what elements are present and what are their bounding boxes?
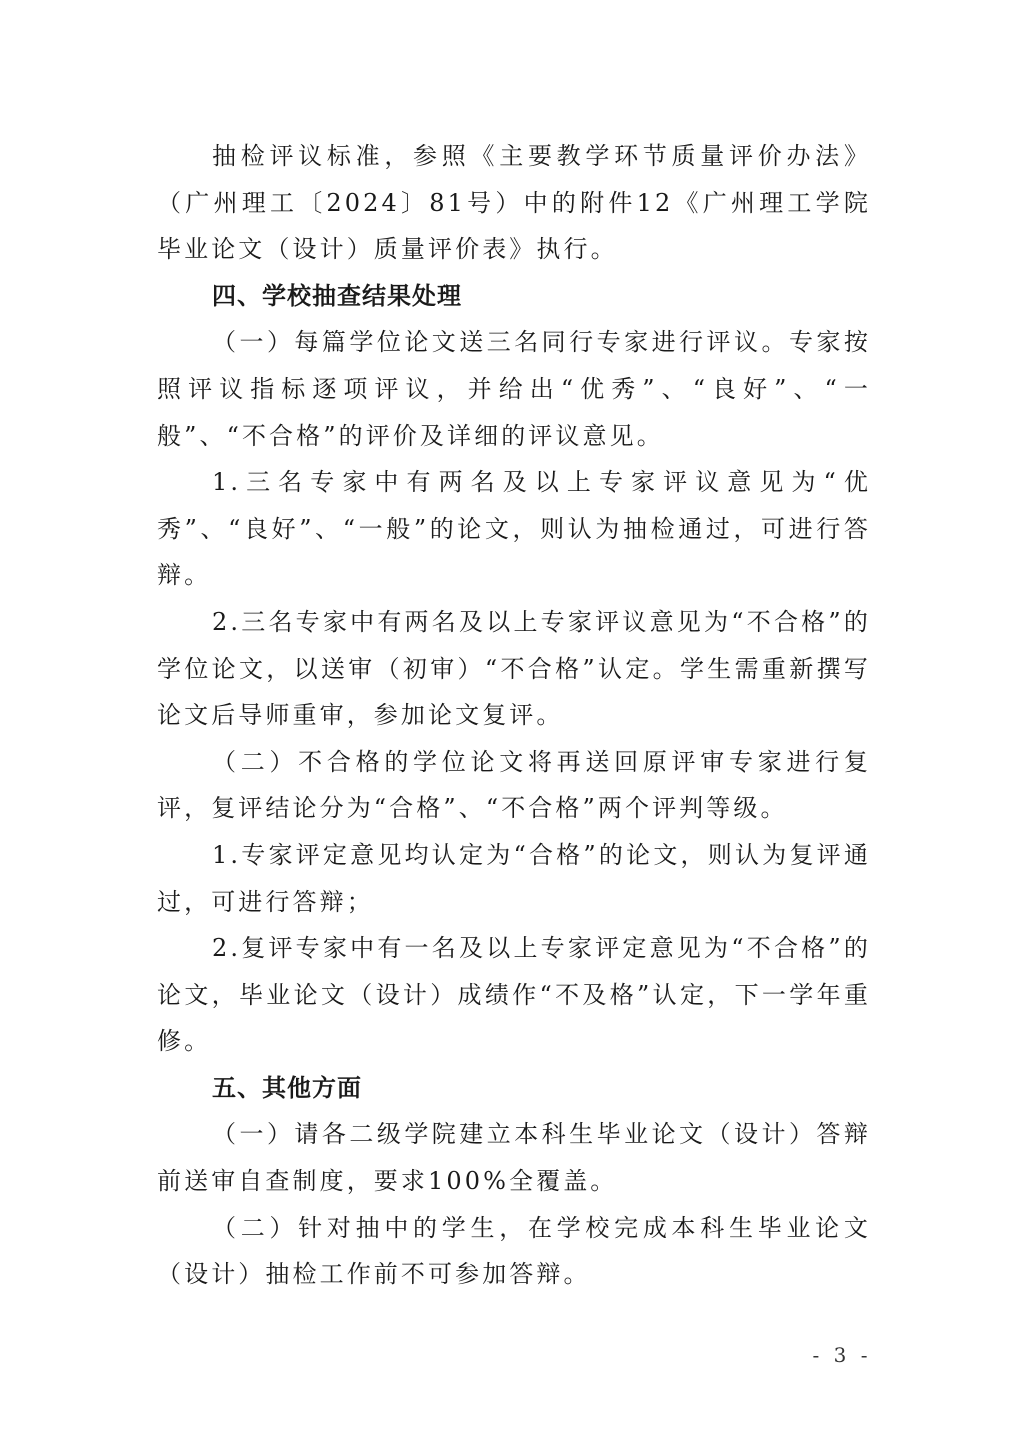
paragraph-4-1-item-2: 2.三名专家中有两名及以上专家评议意见为“不合格”的学位论文，以送审（初审）“不… — [157, 599, 871, 739]
paragraph-5-2: （二）针对抽中的学生，在学校完成本科生毕业论文（设计）抽检工作前不可参加答辩。 — [157, 1205, 871, 1298]
paragraph-5-1: （一）请各二级学院建立本科生毕业论文（设计）答辩前送审自查制度，要求100%全覆… — [157, 1111, 871, 1204]
paragraph-4-1: （一）每篇学位论文送三名同行专家进行评议。专家按照评议指标逐项评议，并给出“优秀… — [157, 319, 871, 459]
paragraph-4-1-item-1: 1.三名专家中有两名及以上专家评议意见为“优秀”、“良好”、“一般”的论文，则认… — [157, 459, 871, 599]
paragraph-4-2: （二）不合格的学位论文将再送回原评审专家进行复评，复评结论分为“合格”、“不合格… — [157, 739, 871, 832]
paragraph-4-2-item-1: 1.专家评定意见均认定为“合格”的论文，则认为复评通过，可进行答辩； — [157, 832, 871, 925]
paragraph-evaluation-standard: 抽检评议标准，参照《主要教学环节质量评价办法》（广州理工〔2024〕81号）中的… — [157, 133, 871, 273]
document-body: 抽检评议标准，参照《主要教学环节质量评价办法》（广州理工〔2024〕81号）中的… — [157, 133, 871, 1298]
page-number: - 3 - — [812, 1343, 872, 1367]
heading-section-4: 四、学校抽查结果处理 — [157, 273, 871, 320]
paragraph-4-2-item-2: 2.复评专家中有一名及以上专家评定意见为“不合格”的论文，毕业论文（设计）成绩作… — [157, 925, 871, 1065]
heading-section-5: 五、其他方面 — [157, 1065, 871, 1112]
document-page: 抽检评议标准，参照《主要教学环节质量评价办法》（广州理工〔2024〕81号）中的… — [0, 0, 1024, 1448]
